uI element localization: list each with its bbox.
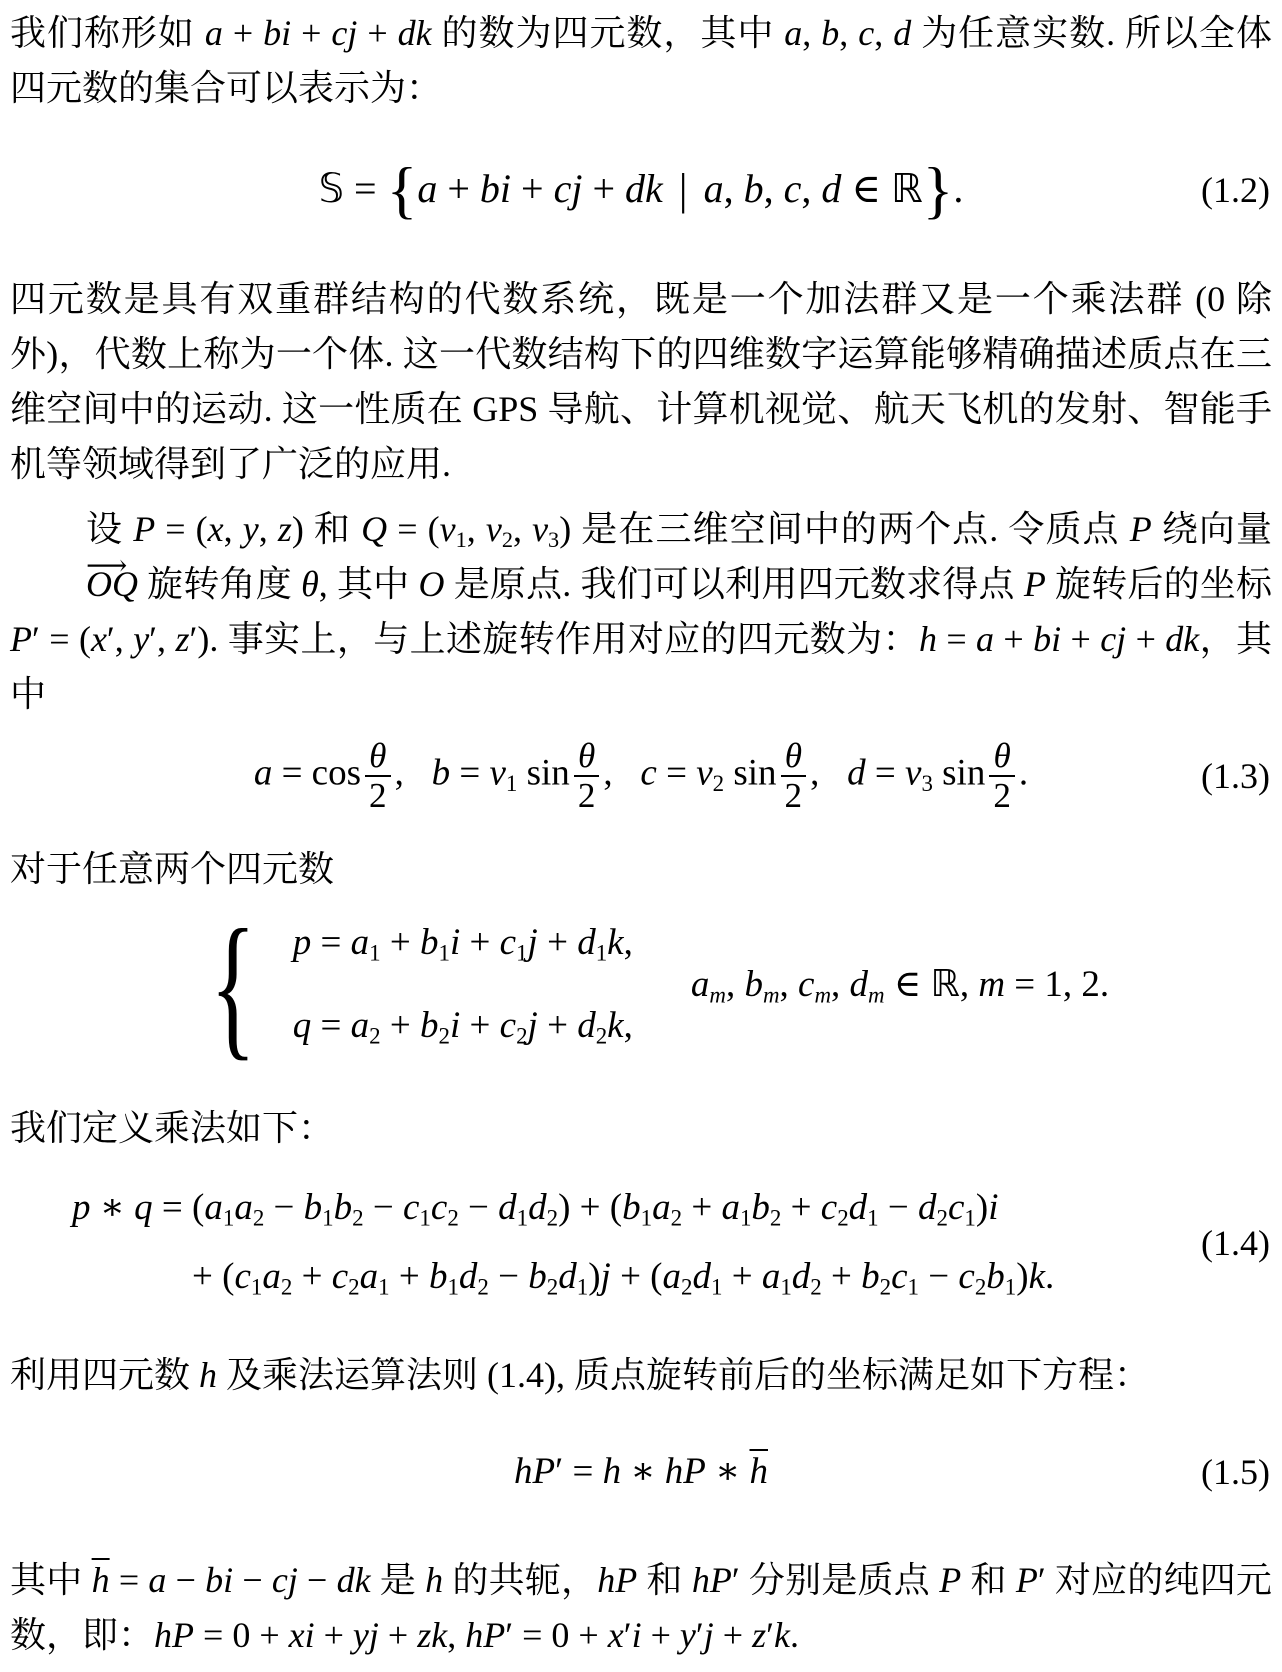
equation-1-5-body: hP′ = h ∗ hP ∗ h: [514, 1451, 768, 1494]
system-line-p: p = a1 + b1i + c1j + d1k,: [293, 922, 633, 965]
equation-1-4-line1: p ∗ q = (a1a2 − b1b2 − c1c2 − d1d2) + (b…: [72, 1187, 1054, 1230]
equation-number-1-3: (1.3): [1201, 755, 1270, 797]
paragraph-any-two-quaternions: 对于任意两个四元数: [10, 842, 1272, 897]
equation-number-1-2: (1.2): [1201, 169, 1270, 211]
system-line-q: q = a2 + b2i + c2j + d2k,: [293, 1005, 633, 1048]
equation-1-3-body: a = cosθ2, b = v1 sinθ2, c = v2 sinθ2, d…: [254, 737, 1028, 815]
equation-system-pq: { p = a1 + b1i + c1j + d1k, q = a2 + b2i…: [10, 915, 1272, 1055]
equation-1-4-line2: + (c1a2 + c2a1 + b1d2 − b2d1)j + (a2d1 +…: [192, 1256, 1054, 1299]
paragraph-rotation-setup: 设 P = (x, y, z) 和 Q = (v1, v2, v3) 是在三维空…: [10, 502, 1272, 722]
left-curly-brace: {: [210, 917, 256, 1053]
paragraph-quaternion-definition: 我们称形如 a + bi + cj + dk 的数为四元数，其中 a, b, c…: [10, 6, 1272, 116]
paragraph-conjugate-pure-quaternion: 其中 h = a − bi − cj − dk 是 h 的共轭，hP 和 hP′…: [10, 1553, 1272, 1663]
equation-1-3: a = cosθ2, b = v1 sinθ2, c = v2 sinθ2, d…: [10, 730, 1272, 822]
document-page: 我们称形如 a + bi + cj + dk 的数为四元数，其中 a, b, c…: [0, 6, 1282, 1672]
paragraph-rotation-equation-intro: 利用四元数 h 及乘法运算法则 (1.4), 质点旋转前后的坐标满足如下方程：: [10, 1348, 1272, 1403]
equation-1-2-body: 𝕊 = {a + bi + cj + dk | a, b, c, d ∈ ℝ}.: [319, 165, 964, 216]
equation-1-4: p ∗ q = (a1a2 − b1b2 − c1c2 − d1d2) + (b…: [10, 1184, 1272, 1302]
paragraph-define-multiplication: 我们定义乘法如下：: [10, 1101, 1272, 1156]
equation-1-5: hP′ = h ∗ hP ∗ h (1.5): [10, 1441, 1272, 1503]
paragraph-algebraic-structure: 四元数是具有双重群结构的代数系统，既是一个加法群又是一个乘法群 (0 除外)，代…: [10, 272, 1272, 492]
system-condition: am, bm, cm, dm ∈ ℝ, m = 1, 2.: [691, 963, 1109, 1007]
equation-number-1-5: (1.5): [1201, 1451, 1270, 1493]
equation-1-2: 𝕊 = {a + bi + cj + dk | a, b, c, d ∈ ℝ}.…: [10, 148, 1272, 232]
equation-number-1-4: (1.4): [1201, 1222, 1270, 1264]
